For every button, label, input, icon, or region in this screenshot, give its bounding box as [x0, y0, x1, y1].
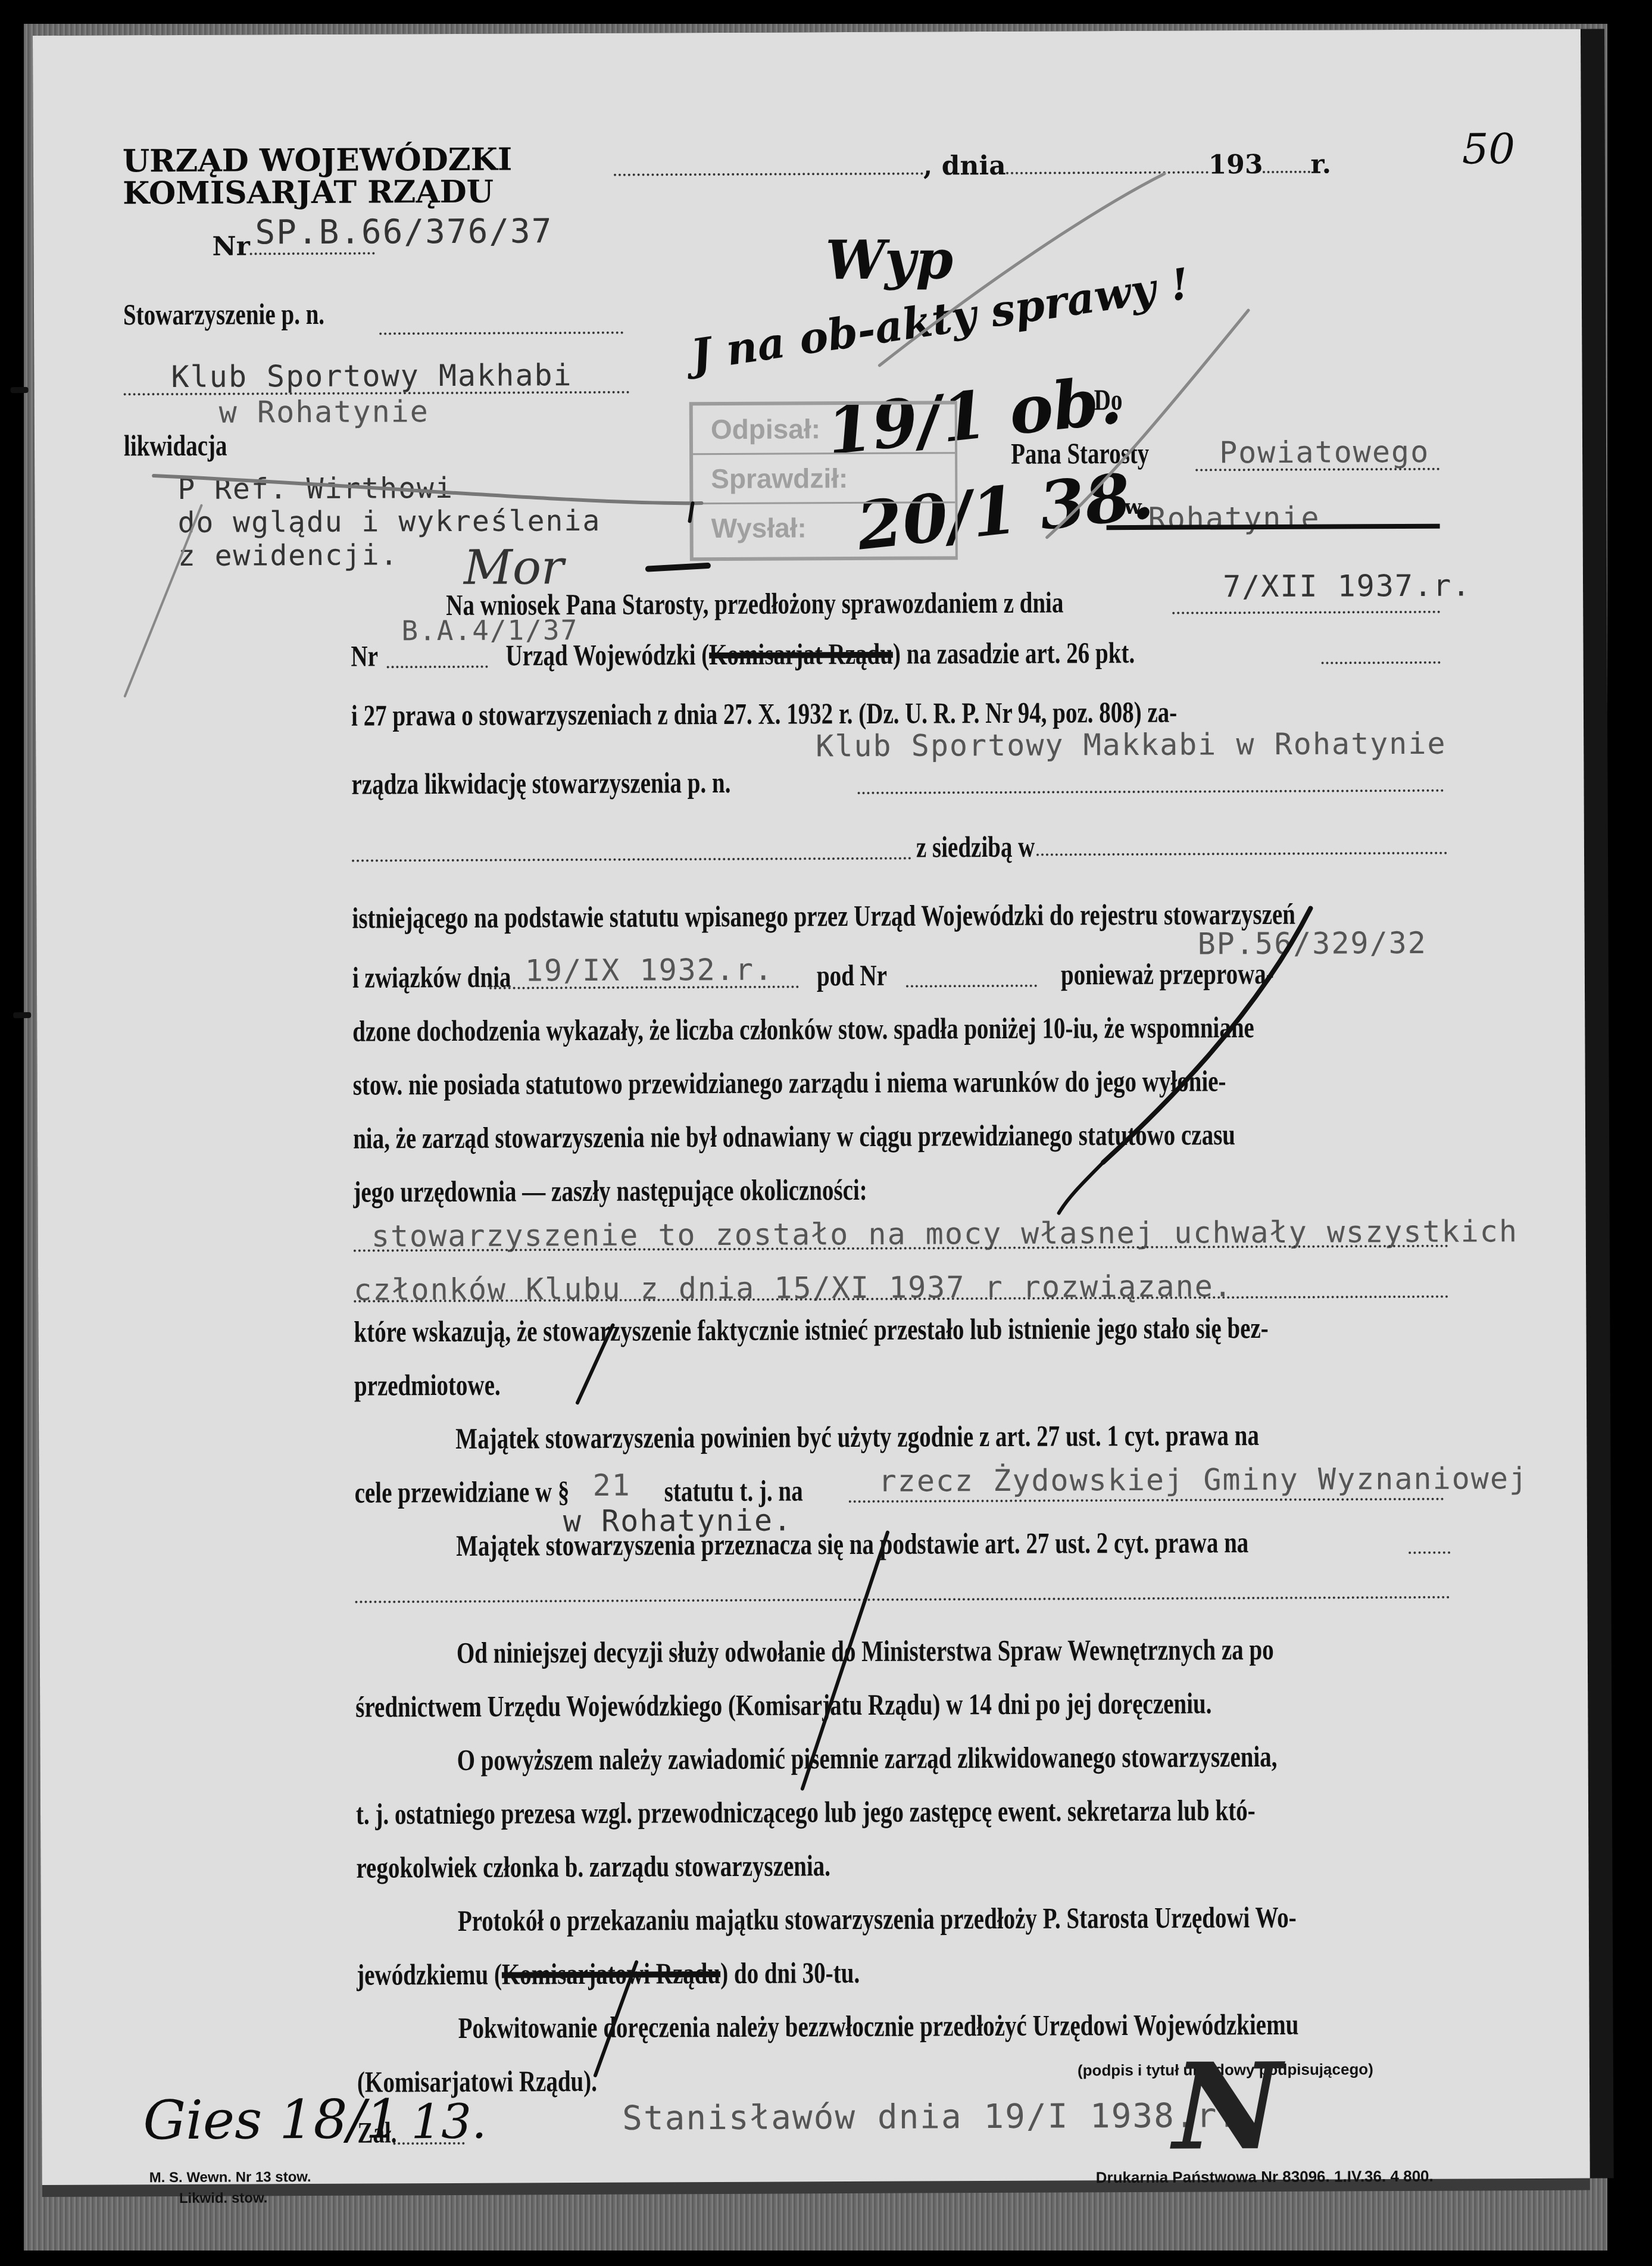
- p7-text-b: ) do dni 30-tu.: [720, 1956, 860, 1990]
- body-p7-line1: Protokół o przekazaniu majątku stowarzys…: [458, 1900, 1297, 1938]
- body-p6-line1: O powyższem należy zawiadomić pisemnie z…: [457, 1739, 1278, 1777]
- body-p2-line4: stow. nie posiada statutowo przewidziane…: [353, 1063, 1226, 1101]
- form-code-1: M. S. Wewn. Nr 13 stow.: [149, 2169, 311, 2186]
- printer-imprint: Drukarnia Państwowa Nr 83096. 1.IV.36. 4…: [1096, 2167, 1434, 2187]
- scan-edge-mark: [13, 1012, 31, 1018]
- addressee-line: Pana Starosty: [1011, 436, 1188, 471]
- seat-label: z siedzibą w: [916, 829, 1035, 864]
- body-p5-line2: średnictwem Urzędu Wojewódzkiego (Komisa…: [355, 1686, 1211, 1724]
- association-label: Stowarzyszenie p. n.: [123, 296, 324, 332]
- body-p2-line7: które wskazują, że stowarzyszenie faktyc…: [354, 1310, 1268, 1349]
- body-p2-line2b: pod Nr: [817, 958, 887, 993]
- body-p3-line2a: cele przewidziane w §: [355, 1474, 570, 1510]
- stamp-row-sprawdzil: Sprawdził:: [693, 454, 955, 504]
- addressee-underline: [1107, 524, 1440, 530]
- official-signature: N: [1173, 2037, 1282, 2177]
- office-name: Urząd Wojewódzki (: [505, 638, 709, 672]
- body-p6-line2: t. j. ostatniego prezesa wzgl. przewodni…: [356, 1793, 1256, 1831]
- body-p2-line5: nia, że zarząd stowarzyszenia nie był od…: [353, 1117, 1235, 1155]
- corner-folio-mark: 50: [1462, 124, 1515, 173]
- stamp-row-odpisal: Odpisał:: [693, 404, 955, 455]
- addressee-powiatowego: Powiatowego: [1219, 435, 1429, 470]
- liquidation-label: likwidacja: [124, 428, 227, 463]
- stamp-row-wyslal: Wysłał:: [693, 503, 955, 552]
- club-name-line2: w Rohatynie: [219, 394, 429, 430]
- body-p2-line6: jego urzędownia — zaszły następujące oko…: [353, 1172, 867, 1209]
- body-line-4: rządza likwidację stowarzyszenia p. n.: [351, 765, 730, 801]
- report-date: 7/XII 1937.r.: [1223, 568, 1472, 604]
- struck-komisarjat: Komisarjat Rządu: [709, 637, 893, 671]
- beneficiary-typed: rzecz Żydowskiej Gminy Wyznaniowej: [878, 1461, 1528, 1499]
- attachment-count: 13.: [411, 2094, 487, 2150]
- legal-basis: ) na zasadzie art. 26 pkt.: [893, 636, 1135, 670]
- dnia-label: , dnia: [923, 151, 1006, 182]
- body-p2-line8: przedmiotowe.: [354, 1368, 501, 1403]
- struck-komisarjatowi: Komisarjatowi Rządu: [502, 1956, 720, 1991]
- body-line-2-text: Urząd Wojewódzki (Komisarjat Rządu) na z…: [505, 635, 1312, 673]
- addressee-town: Rohatynie: [1148, 501, 1320, 536]
- addressee-title: Pana Starosty: [1011, 436, 1149, 471]
- association-label-line: Stowarzyszenie p. n.: [123, 296, 382, 332]
- club-name-typed: Klub Sportowy Makkabi w Rohatynie: [816, 726, 1447, 764]
- registry-stamp: Odpisał: Sprawdził: Wysłał:: [689, 401, 958, 561]
- routing-note-line2: do wglądu i wykreślenia: [177, 504, 601, 539]
- document-page: URZĄD WOJEWÓDZKI KOMISARJAT RZĄDU Nr SP.…: [33, 29, 1590, 2185]
- addressee-w: w: [1124, 495, 1141, 519]
- body-p2-line2a: i związków dnia: [352, 960, 511, 995]
- handwritten-note-1: Wyp: [825, 228, 953, 292]
- body-p7-line2: jewódzkiemu (Komisarjatowi Rządu) do dni…: [357, 1955, 1002, 1992]
- body-p3-line1: Majątek stowarzyszenia powinien być użyt…: [455, 1418, 1259, 1456]
- scan-edge-mark: [11, 387, 29, 393]
- statute-paragraph: 21: [593, 1468, 631, 1503]
- date-line: , dnia193r.: [614, 149, 1331, 182]
- header-line1: URZĄD WOJEWÓDZKI: [123, 143, 512, 177]
- reference-number-value: SP.B.66/376/37: [255, 212, 552, 252]
- body-p5-line1: Od niniejszej decyzji służy odwołanie do…: [457, 1632, 1274, 1670]
- year-prefix: 193: [1208, 149, 1263, 180]
- clerk-signature: Gies 18/1: [143, 2088, 399, 2152]
- body-line-3: i 27 prawa o stowarzyszeniach z dnia 27.…: [351, 695, 1178, 733]
- place-and-date: Stanisławów dnia 19/I 1938.r.: [622, 2096, 1239, 2138]
- body-p2-line3: dzone dochodzenia wykazały, że liczba cz…: [352, 1010, 1254, 1048]
- body-nr-label: Nr: [351, 638, 378, 673]
- year-suffix: r.: [1310, 149, 1331, 179]
- routing-note-line1: P Ref. Wirthowi: [177, 471, 601, 506]
- body-p2-line1: istniejącego na podstawie statutu wpisan…: [352, 897, 1295, 935]
- body-line-2: Nr: [351, 638, 386, 673]
- header-line2: KOMISARJAT RZĄDU: [123, 176, 512, 210]
- form-code-2: Likwid. stow.: [179, 2190, 268, 2207]
- addressee-do: Do: [1094, 382, 1123, 417]
- office-header: URZĄD WOJEWÓDZKI KOMISARJAT RZĄDU: [123, 143, 513, 210]
- body-p6-line3: regokolwiek członka b. zarządu stowarzys…: [356, 1848, 830, 1884]
- p7-text-a: jewódzkiemu (: [357, 1958, 502, 1992]
- nr-label: Nr: [212, 231, 250, 261]
- body-p4-line1: Majątek stowarzyszenia przeznacza się na…: [456, 1525, 1248, 1563]
- body-p2-line2c: ponieważ przeprowa-: [1061, 956, 1274, 992]
- registry-date: 19/IX 1932.r.: [525, 953, 774, 988]
- club-name-line1: Klub Sportowy Makhabi: [171, 358, 572, 394]
